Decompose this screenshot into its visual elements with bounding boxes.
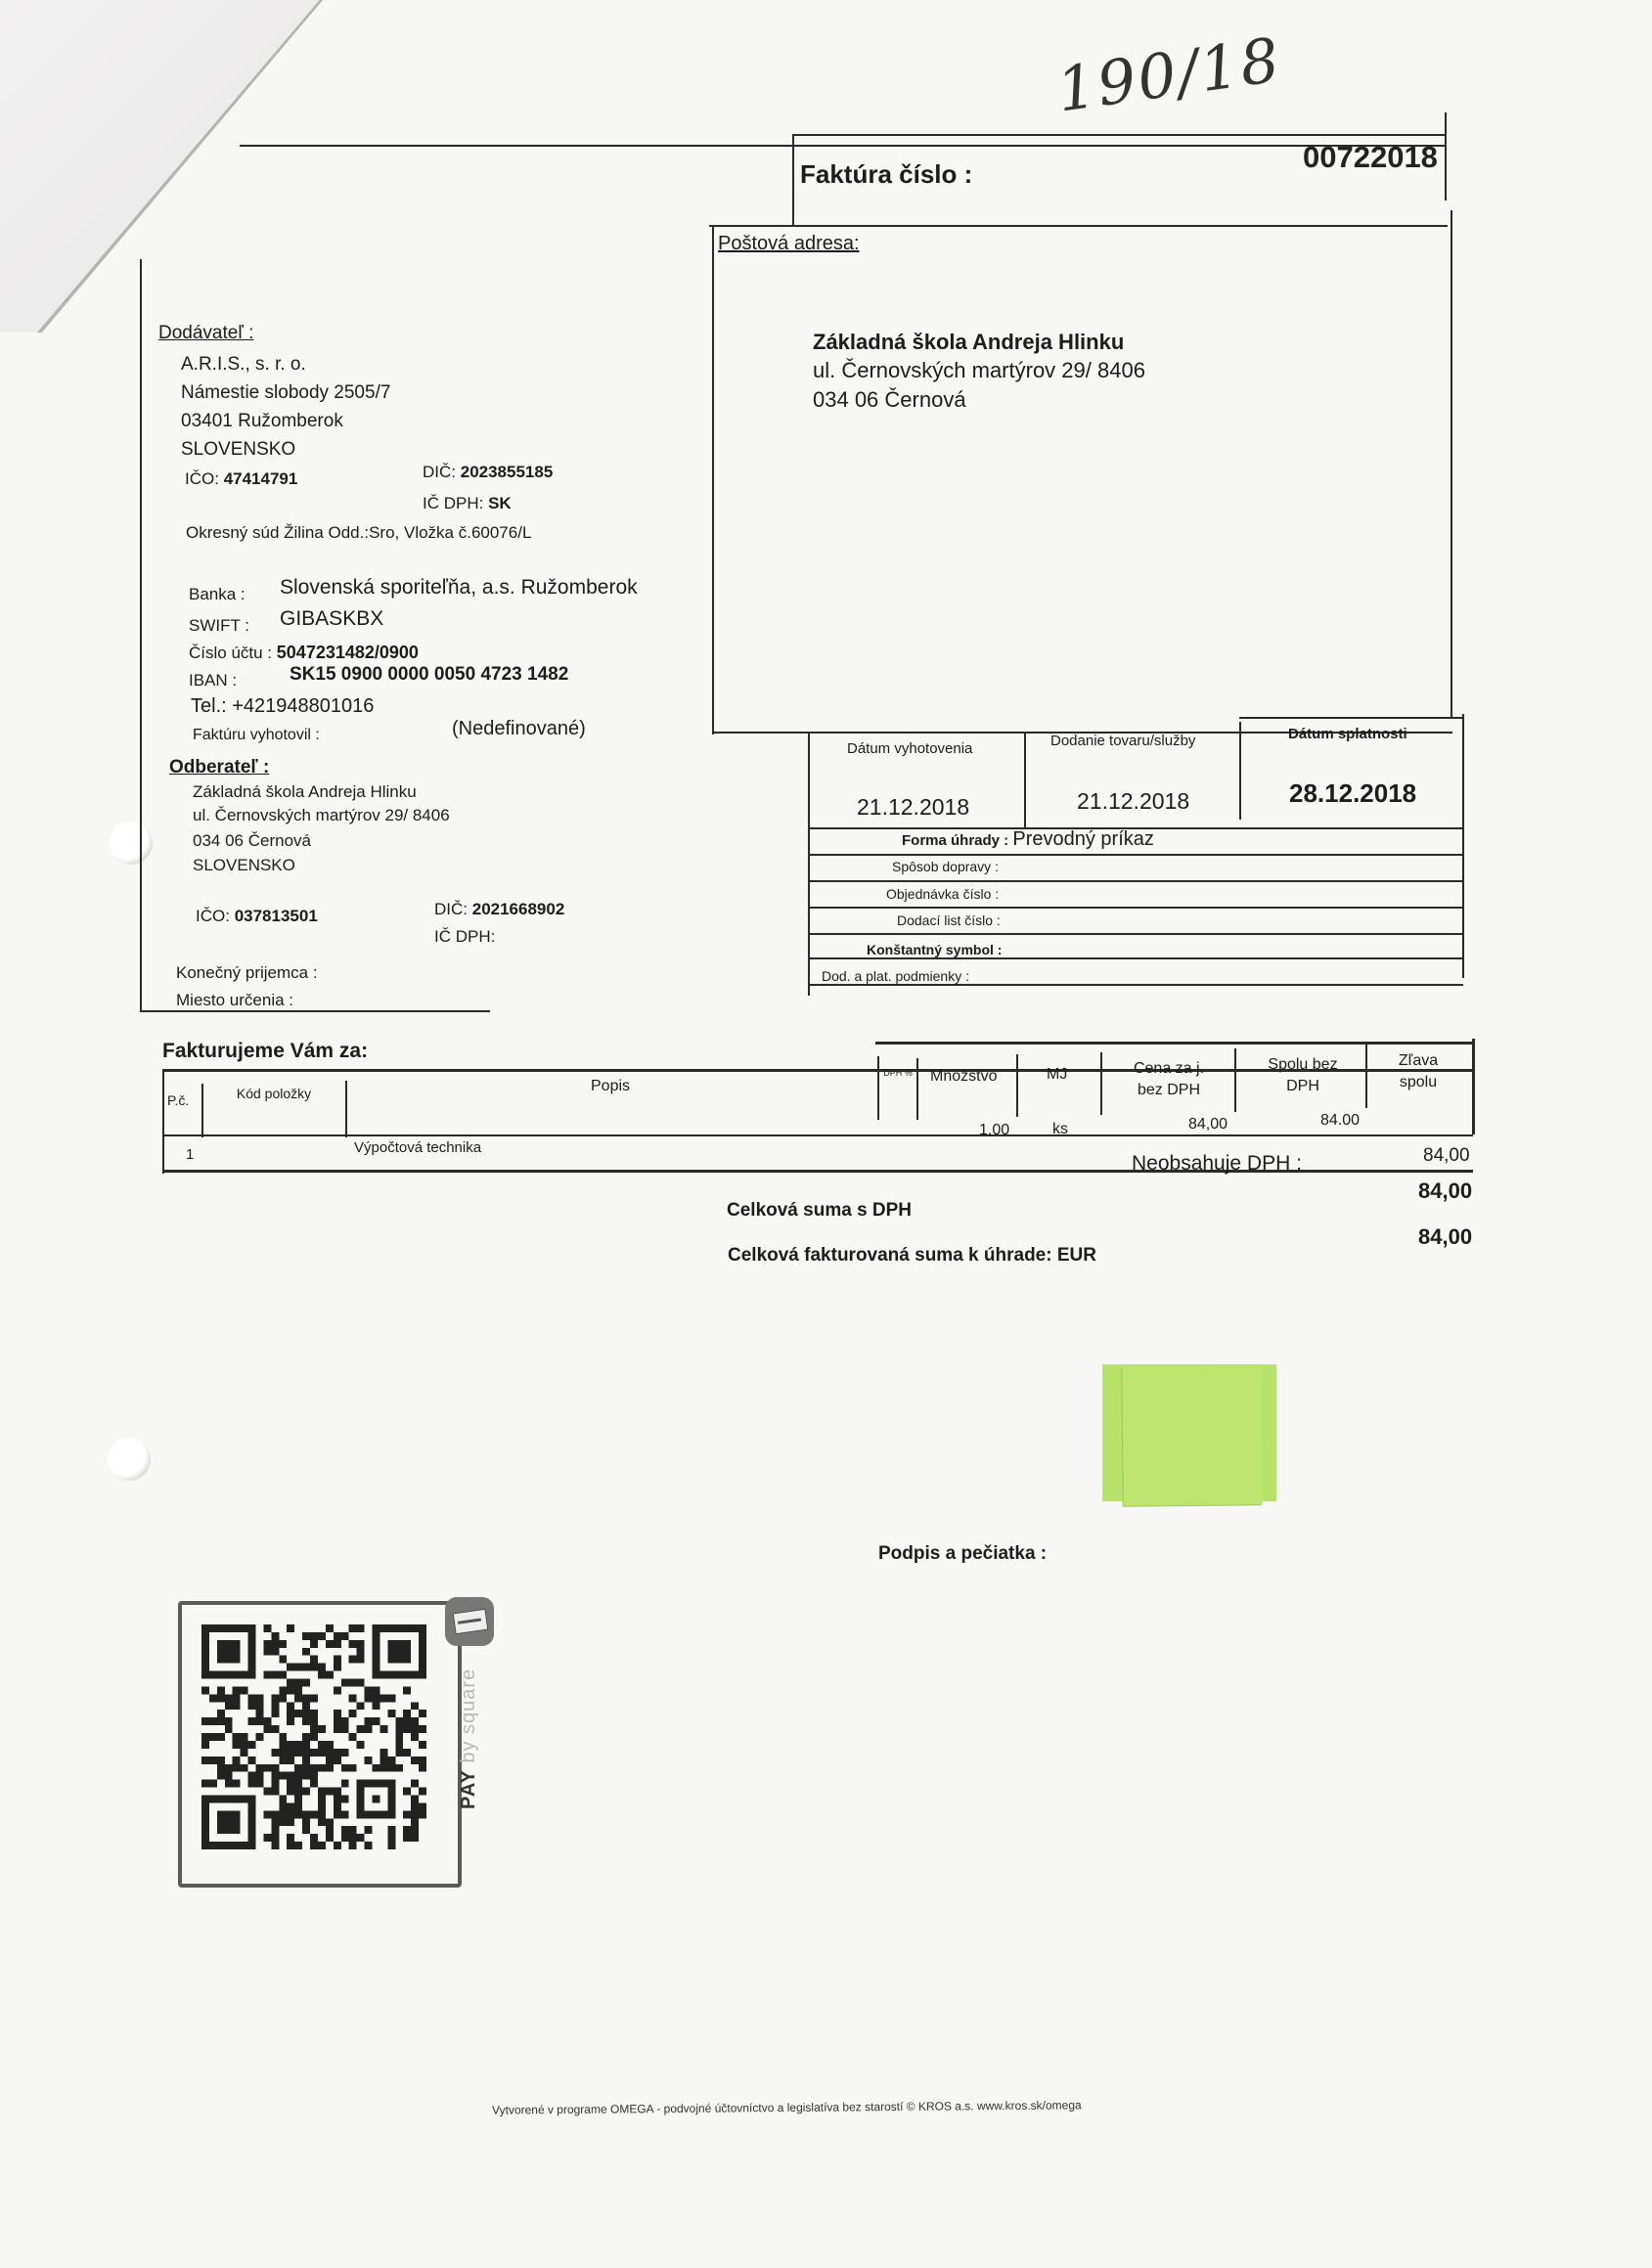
postal-name: Základná škola Andreja Hlinku xyxy=(813,330,1124,355)
row-pc: 1 xyxy=(186,1146,194,1163)
supplier-city: 03401 Ružomberok xyxy=(181,411,343,432)
invoice-number: 00722018 xyxy=(1303,140,1438,175)
customer-ico-value: 037813501 xyxy=(235,907,318,925)
col-unit-price: Cena za j. bez DPH xyxy=(1120,1058,1218,1101)
postal-box-left xyxy=(712,226,714,734)
punch-hole xyxy=(108,1438,151,1481)
total-with-vat-amount: 84,00 xyxy=(1418,1178,1472,1204)
sticky-note xyxy=(1122,1365,1262,1505)
payment-method-value: Prevodný príkaz xyxy=(1012,828,1154,850)
col-unit: MJ xyxy=(1047,1066,1067,1084)
delivery-date: 21.12.2018 xyxy=(1077,788,1189,815)
col-divider xyxy=(345,1081,347,1137)
supplier-icdph: IČ DPH: SK xyxy=(423,494,512,513)
transport-label: Spôsob dopravy : xyxy=(892,859,999,874)
issue-date: 21.12.2018 xyxy=(857,794,969,821)
order-number-label: Objednávka číslo : xyxy=(886,886,999,902)
folded-corner xyxy=(0,0,323,333)
final-recipient-label: Konečný prijemca : xyxy=(176,963,318,983)
supplier-ico: IČO: 47414791 xyxy=(185,469,297,489)
row-description: Výpočtová technika xyxy=(354,1139,481,1156)
total-due-label: Celková fakturovaná suma k úhrade: EUR xyxy=(728,1245,1096,1267)
items-header-bottom xyxy=(162,1134,1473,1136)
iban-value: SK15 0900 0000 0050 4723 1482 xyxy=(290,664,568,686)
total-with-vat-label: Celková suma s DPH xyxy=(727,1200,912,1222)
no-vat-amount: 84,00 xyxy=(1423,1145,1470,1167)
postal-box-right xyxy=(1451,210,1452,719)
terms-bottom xyxy=(808,984,1463,986)
swift-code: GIBASKBX xyxy=(280,607,383,631)
items-title: Fakturujeme Vám za: xyxy=(162,1040,368,1063)
bank-label: Banka : xyxy=(189,585,246,604)
pay-by-square-badge-icon xyxy=(445,1597,494,1646)
customer-city: 034 06 Černová xyxy=(193,831,311,851)
punch-hole xyxy=(110,822,153,865)
payment-method-label: Forma úhrady : xyxy=(902,832,1008,849)
supplier-dic-label: DIČ: xyxy=(423,463,456,481)
col-divider xyxy=(1100,1052,1102,1115)
col-divider xyxy=(1234,1048,1236,1112)
supplier-dic-value: 2023855185 xyxy=(461,463,554,481)
invoice-box-top xyxy=(792,134,1446,136)
customer-dic-label: DIČ: xyxy=(434,900,468,918)
qr-code-frame xyxy=(178,1601,462,1888)
col-divider xyxy=(201,1084,203,1137)
supplier-icdph-label: IČ DPH: xyxy=(423,494,483,512)
handwritten-note: 190/18 xyxy=(1052,23,1285,125)
constant-symbol-label: Konštantný symbol : xyxy=(867,942,1002,957)
postal-city: 034 06 Černová xyxy=(813,387,966,413)
customer-ico: IČO: 037813501 xyxy=(196,907,318,926)
col-divider xyxy=(916,1058,918,1120)
swift-label: SWIFT : xyxy=(189,616,249,636)
col-pc: P.č. xyxy=(167,1092,189,1108)
qr-code xyxy=(201,1624,426,1849)
col-description: Popis xyxy=(591,1078,630,1095)
customer-street: ul. Černovských martýrov 29/ 8406 xyxy=(193,806,450,825)
pay-by-square-label: PAY by square xyxy=(458,1668,480,1809)
postal-street: ul. Černovských martýrov 29/ 8406 xyxy=(813,358,1145,383)
destination-label: Miesto určenia : xyxy=(176,991,293,1010)
col-divider xyxy=(877,1056,879,1120)
bank-name: Slovenská sporiteľňa, a.s. Ružomberok xyxy=(280,576,638,600)
customer-label: Odberateľ : xyxy=(169,757,269,778)
delivery-date-label: Dodanie tovaru/služby xyxy=(1050,733,1195,749)
customer-dic: DIČ: 2021668902 xyxy=(434,900,564,919)
issue-date-label: Dátum vyhotovenia xyxy=(847,740,972,757)
no-vat-label: Neobsahuje DPH : xyxy=(1132,1152,1302,1176)
supplier-icdph-value: SK xyxy=(488,494,512,512)
col-divider xyxy=(1016,1054,1018,1117)
iban-label: IBAN : xyxy=(189,671,237,690)
dates-divider-1 xyxy=(1024,732,1026,829)
supplier-phone: Tel.: +421948801016 xyxy=(191,695,374,718)
supplier-ico-value: 47414791 xyxy=(224,469,298,488)
items-right xyxy=(1472,1039,1475,1134)
terms-row-line xyxy=(808,957,1463,959)
conditions-label: Dod. a plat. podmienky : xyxy=(822,968,969,984)
items-left xyxy=(162,1069,164,1174)
terms-left xyxy=(808,732,810,996)
row-quantity: 1,00 xyxy=(979,1122,1009,1139)
invoice-box-bottom xyxy=(709,225,1448,227)
dates-divider-2 xyxy=(1239,722,1241,820)
row-unit-price: 84,00 xyxy=(1188,1116,1228,1134)
col-discount: Zľava spolu xyxy=(1379,1050,1457,1093)
col-code: Kód položky xyxy=(235,1084,313,1103)
frame-left xyxy=(140,259,142,1012)
terms-row-line xyxy=(808,880,1463,882)
col-divider xyxy=(1365,1045,1367,1108)
account-row: Číslo účtu : 5047231482/0900 xyxy=(189,643,419,663)
account-label: Číslo účtu : xyxy=(189,644,272,662)
supplier-label: Dodávateľ : xyxy=(158,323,253,344)
supplier-street: Námestie slobody 2505/7 xyxy=(181,382,390,404)
col-total: Spolu bez DPH xyxy=(1254,1054,1352,1097)
total-due-amount: 84,00 xyxy=(1418,1224,1472,1250)
customer-icdph-label: IČ DPH: xyxy=(434,927,495,947)
customer-name: Základná škola Andreja Hlinku xyxy=(193,782,417,802)
supplier-country: SLOVENSKO xyxy=(181,439,295,461)
customer-dic-value: 2021668902 xyxy=(472,900,565,918)
issued-by-value: (Nedefinované) xyxy=(452,718,586,740)
customer-box-bottom xyxy=(140,1010,490,1012)
delivery-note-label: Dodací list číslo : xyxy=(897,912,1001,928)
supplier-dic: DIČ: 2023855185 xyxy=(423,463,553,482)
by-square-label: by square xyxy=(458,1668,479,1769)
frame-top xyxy=(240,145,1446,147)
account-number: 5047231482/0900 xyxy=(277,643,419,662)
supplier-name: A.R.I.S., s. r. o. xyxy=(181,354,306,376)
supplier-court: Okresný súd Žilina Odd.:Sro, Vložka č.60… xyxy=(186,523,531,543)
postal-address-label: Poštová adresa: xyxy=(718,233,860,255)
due-date-label: Dátum splatnosti xyxy=(1288,726,1407,742)
terms-row-line xyxy=(808,854,1463,856)
issued-by-label: Faktúru vyhotovil : xyxy=(193,727,320,744)
row-unit: ks xyxy=(1052,1121,1068,1138)
footer-text: Vytvorené v programe OMEGA - podvojné úč… xyxy=(492,2098,1082,2116)
pay-label: PAY xyxy=(458,1769,479,1809)
col-quantity: Množstvo xyxy=(930,1068,997,1086)
invoice-title-label: Faktúra číslo : xyxy=(800,159,972,190)
due-box-top xyxy=(1239,717,1463,719)
payment-method: Forma úhrady : Prevodný príkaz xyxy=(902,828,1154,851)
customer-country: SLOVENSKO xyxy=(193,856,295,875)
row-total: 84.00 xyxy=(1320,1112,1360,1130)
items-header-top-right xyxy=(875,1042,1474,1045)
col-vat: DPH % xyxy=(882,1066,914,1080)
terms-row-line xyxy=(808,933,1463,935)
terms-row-line xyxy=(808,907,1463,909)
supplier-ico-label: IČO: xyxy=(185,469,219,488)
invoice-box-left xyxy=(792,134,794,227)
due-date: 28.12.2018 xyxy=(1289,778,1416,809)
terms-right xyxy=(1462,714,1464,978)
customer-ico-label: IČO: xyxy=(196,907,230,925)
signature-label: Podpis a pečiatka : xyxy=(878,1543,1047,1565)
frame-right-top xyxy=(1445,112,1447,200)
